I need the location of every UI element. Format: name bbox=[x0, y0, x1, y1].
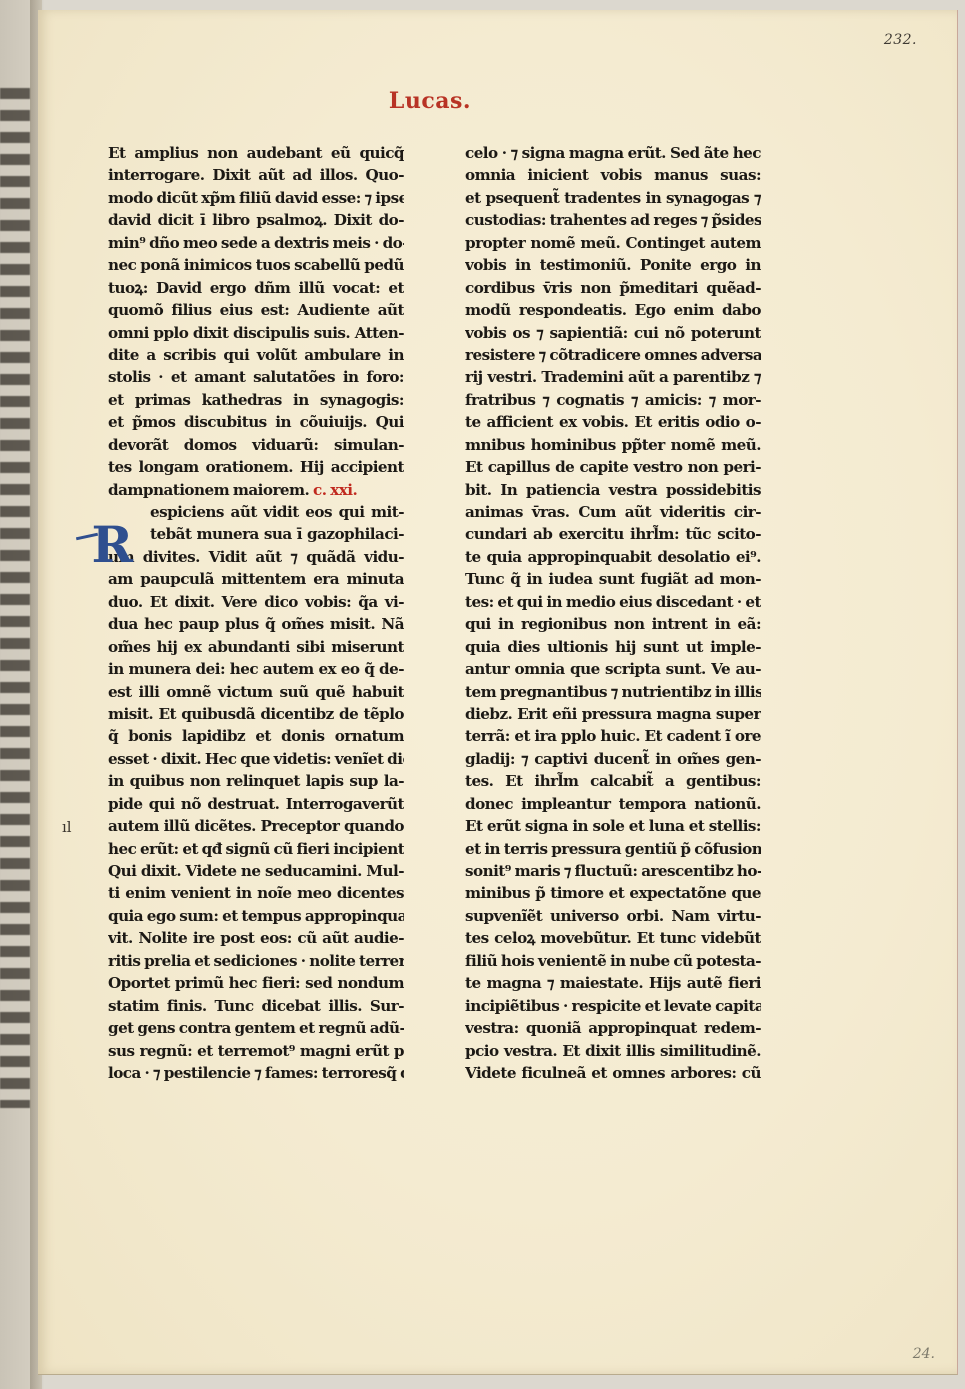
text-line: rij vestri. Trademini aũt a parentibz ⁊ bbox=[465, 366, 761, 388]
text-line: dua hec paup plus q̃ om̃es misit. Nã bbox=[108, 613, 404, 635]
text-line: sus regnũ: et terremot⁹ magni erũt p bbox=[108, 1040, 404, 1062]
text-line: quomõ filius eius est: Audiente aũt bbox=[108, 299, 404, 321]
text-line: vobis os ⁊ sapientiã: cui nõ poterunt bbox=[465, 322, 761, 344]
text-line: animas v̄ras. Cum aũt videritis cir- bbox=[465, 501, 761, 523]
text-line: ti enim venient in noĩe meo dicentes bbox=[108, 882, 404, 904]
text-line: Et capillus de capite vestro non peri- bbox=[465, 456, 761, 478]
text-line: pide qui nõ destruat. Interrogaverũt bbox=[108, 793, 404, 815]
text-line: tes celoꝝ movebũtur. Et tunc videbũt bbox=[465, 927, 761, 949]
text-line: est illi omnẽ victum suũ quẽ habuit bbox=[108, 681, 404, 703]
text-line: min⁹ dño meo sede a dextris meis · do- bbox=[108, 232, 404, 254]
text-line: devorãt domos viduarũ: simulan- bbox=[108, 434, 404, 456]
text-line: modũ respondeatis. Ego enim dabo bbox=[465, 299, 761, 321]
text-line: nec ponã inimicos tuos scabellũ pedũ bbox=[108, 254, 404, 276]
text-line: tes: et qui in medio eius discedant · et bbox=[465, 591, 761, 613]
text-line: dite a scribis qui volũt ambulare in bbox=[108, 344, 404, 366]
text-line: pcio vestra. Et dixit illis similitudinẽ… bbox=[465, 1040, 761, 1062]
text-fragment: dampnationem maiorem. bbox=[108, 481, 309, 499]
text-line: statim finis. Tunc dicebat illis. Sur- bbox=[108, 995, 404, 1017]
text-line: gladij: ⁊ captivi ducent̃ in om̃es gen- bbox=[465, 748, 761, 770]
text-line: tuoꝝ: David ergo dñm illũ vocat: et bbox=[108, 277, 404, 299]
text-line: bit. In patiencia vestra possidebitis bbox=[465, 479, 761, 501]
text-line: um divites. Vidit aũt ⁊ quãdã vidu- bbox=[108, 546, 404, 568]
text-line: et psequent̃ tradentes in synagogas ⁊ bbox=[465, 187, 761, 209]
text-line: qui in regionibus non intrent in eã: bbox=[465, 613, 761, 635]
text-line: minibus p̃ timore et expectatõne que bbox=[465, 882, 761, 904]
folio-number: 232. bbox=[884, 32, 917, 48]
text-line: vit. Nolite ire post eos: cũ aũt audie- bbox=[108, 927, 404, 949]
right-column: celo · ⁊ signa magna erũt. Sed ãte hec o… bbox=[465, 142, 761, 1084]
text-line: filiũ hois venientẽ in nube cũ potesta- bbox=[465, 950, 761, 972]
text-line: get gens contra gentem et regnũ adũ- bbox=[108, 1017, 404, 1039]
scan-viewport: 232. Lucas. ıl Et amplius non audebant e… bbox=[0, 0, 965, 1389]
text-line: espiciens aũt vidit eos qui mit- bbox=[108, 501, 404, 523]
text-line: mnibus hominibus pp̃ter nomẽ meũ. bbox=[465, 434, 761, 456]
text-line: et p̃mos discubitus in cõuiuijs. Qui bbox=[108, 411, 404, 433]
text-line: ritis prelia et sediciones · nolite terr… bbox=[108, 950, 404, 972]
text-line: incipiẽtibus · respicite et levate capit… bbox=[465, 995, 761, 1017]
text-line: quia ego sum: et tempus appropinqua- bbox=[108, 905, 404, 927]
text-line: propter nomẽ meũ. Continget autem bbox=[465, 232, 761, 254]
text-line: Qui dixit. Videte ne seducamini. Mul- bbox=[108, 860, 404, 882]
text-line: autem illũ dicẽtes. Preceptor quando bbox=[108, 815, 404, 837]
text-line: loca · ⁊ pestilencie ⁊ fames: terroresq̃… bbox=[108, 1062, 404, 1084]
text-line: david dicit ī libro psalmoꝝ. Dixit do- bbox=[108, 209, 404, 231]
text-line: omni pplo dixit discipulis suis. Atten- bbox=[108, 322, 404, 344]
text-line: supvenĩẽt universo orbi. Nam virtu- bbox=[465, 905, 761, 927]
text-line: in munera dei: hec autem ex eo q̃ de- bbox=[108, 658, 404, 680]
text-line: te quia appropinquabit desolatio ei⁹. bbox=[465, 546, 761, 568]
text-line: tes. Et ihrl̃m calcabit̃ a gentibus: bbox=[465, 770, 761, 792]
text-line: te magna ⁊ maiestate. Hijs autẽ fieri bbox=[465, 972, 761, 994]
text-line: sonit⁹ maris ⁊ fluctuũ: arescentibz ho- bbox=[465, 860, 761, 882]
text-line: diebz. Erit eñi pressura magna super bbox=[465, 703, 761, 725]
text-line: custodias: trahentes ad reges ⁊ p̃sides bbox=[465, 209, 761, 231]
chapter-number-rubric: c. xxi. bbox=[313, 481, 357, 499]
text-line: stolis · et amant salutatões in foro: bbox=[108, 366, 404, 388]
left-column: Et amplius non audebant eũ quicq̃ interr… bbox=[108, 142, 404, 1084]
text-line: modo dicũt xp̃m filiũ david esse: ⁊ ipse bbox=[108, 187, 404, 209]
text-line: tes longam orationem. Hij accipient bbox=[108, 456, 404, 478]
text-line: duo. Et dixit. Vere dico vobis: q̃a vi- bbox=[108, 591, 404, 613]
text-line: om̃es hij ex abundanti sibi miserunt bbox=[108, 636, 404, 658]
text-line: et in terris pressura gentiũ p̃ cõfusion… bbox=[465, 838, 761, 860]
text-line: celo · ⁊ signa magna erũt. Sed ãte hec bbox=[465, 142, 761, 164]
text-line: hec erũt: et qđ signũ cũ fieri incipient… bbox=[108, 838, 404, 860]
chapter-end-line: dampnationem maiorem. c. xxi. bbox=[108, 479, 404, 501]
text-line: Et amplius non audebant eũ quicq̃ bbox=[108, 142, 404, 164]
text-line: in quibus non relinquet lapis sup la- bbox=[108, 770, 404, 792]
text-line: Videte ficulneã et omnes arbores: cũ bbox=[465, 1062, 761, 1084]
text-line: Tunc q̃ in iudea sunt fugiãt ad mon- bbox=[465, 568, 761, 590]
text-line: antur omnia que scripta sunt. Ve au- bbox=[465, 658, 761, 680]
text-line: q̃ bonis lapidibz et donis ornatum bbox=[108, 725, 404, 747]
text-line: interrogare. Dixit aũt ad illos. Quo- bbox=[108, 164, 404, 186]
facing-page-text-block bbox=[0, 88, 30, 1108]
text-line: am paupculã mittentem era minuta bbox=[108, 568, 404, 590]
text-line: vestra: quoniã appropinquat redem- bbox=[465, 1017, 761, 1039]
margin-note: ıl bbox=[62, 818, 72, 836]
text-line: esset · dixit. Hec que videtis: venĩet d… bbox=[108, 748, 404, 770]
decorated-initial-r: R bbox=[88, 523, 136, 567]
text-line: omnia inicient vobis manus suas: bbox=[465, 164, 761, 186]
text-line: donec impleantur tempora nationũ. bbox=[465, 793, 761, 815]
text-line: resistere ⁊ cõtradicere omnes adversa- bbox=[465, 344, 761, 366]
text-line: misit. Et quibusdã dicentibz de tẽplo bbox=[108, 703, 404, 725]
text-line: cundari ab exercitu ihrl̃m: tũc scito- bbox=[465, 523, 761, 545]
text-line: tem pregnantibus ⁊ nutrientibz in illis bbox=[465, 681, 761, 703]
signature-mark: 24. bbox=[913, 1346, 935, 1362]
text-line: vobis in testimoniũ. Ponite ergo in bbox=[465, 254, 761, 276]
text-line: Et erũt signa in sole et luna et stellis… bbox=[465, 815, 761, 837]
text-line: fratribus ⁊ cognatis ⁊ amicis: ⁊ mor- bbox=[465, 389, 761, 411]
text-line: Oportet primũ hec fieri: sed nondum bbox=[108, 972, 404, 994]
running-head: Lucas. bbox=[380, 88, 480, 114]
text-line: et primas kathedras in synagogis: bbox=[108, 389, 404, 411]
text-line: cordibus v̄ris non p̃meditari quẽad- bbox=[465, 277, 761, 299]
text-line: quia dies ultionis hij sunt ut imple- bbox=[465, 636, 761, 658]
text-line: tebãt munera sua ī gazophilaci- bbox=[108, 523, 404, 545]
manuscript-leaf: 232. Lucas. ıl Et amplius non audebant e… bbox=[38, 10, 958, 1375]
text-line: terrã: et ira pplo huic. Et cadent ĩ ore bbox=[465, 725, 761, 747]
text-line: te afficient ex vobis. Et eritis odio o- bbox=[465, 411, 761, 433]
